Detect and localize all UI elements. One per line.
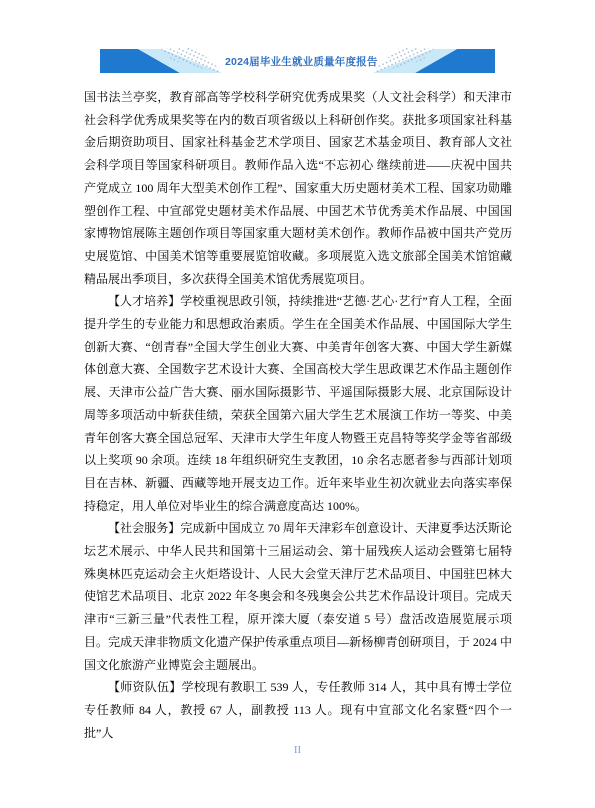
- paragraph-talent-cultivation: 【人才培养】学校重视思政引领，持续推进“艺德·艺心·艺行”育人工程，全面提升学生…: [84, 290, 512, 517]
- document-page: 2024届毕业生就业质量年度报告 国书法兰亭奖，教育部高等学校科学研究优秀成果奖…: [0, 0, 595, 808]
- page-number: II: [294, 744, 301, 756]
- wave-right-icon: [370, 46, 495, 76]
- paragraph-faculty: 【师资队伍】学校现有教职工 539 人，专任教师 314 人，其中具有博士学位专…: [84, 676, 512, 744]
- page-header: 2024届毕业生就业质量年度报告: [0, 45, 595, 77]
- report-title: 2024届毕业生就业质量年度报告: [225, 54, 370, 69]
- paragraph-social-service: 【社会服务】完成新中国成立 70 周年天津彩车创意设计、天津夏季达沃斯论坛艺术展…: [84, 517, 512, 676]
- wave-left-icon: [100, 46, 225, 76]
- page-footer: II: [0, 744, 595, 756]
- report-body: 国书法兰亭奖，教育部高等学校科学研究优秀成果奖（人文社会科学）和天津市社会科学优…: [84, 86, 512, 744]
- paragraph-research-awards: 国书法兰亭奖，教育部高等学校科学研究优秀成果奖（人文社会科学）和天津市社会科学优…: [84, 86, 512, 290]
